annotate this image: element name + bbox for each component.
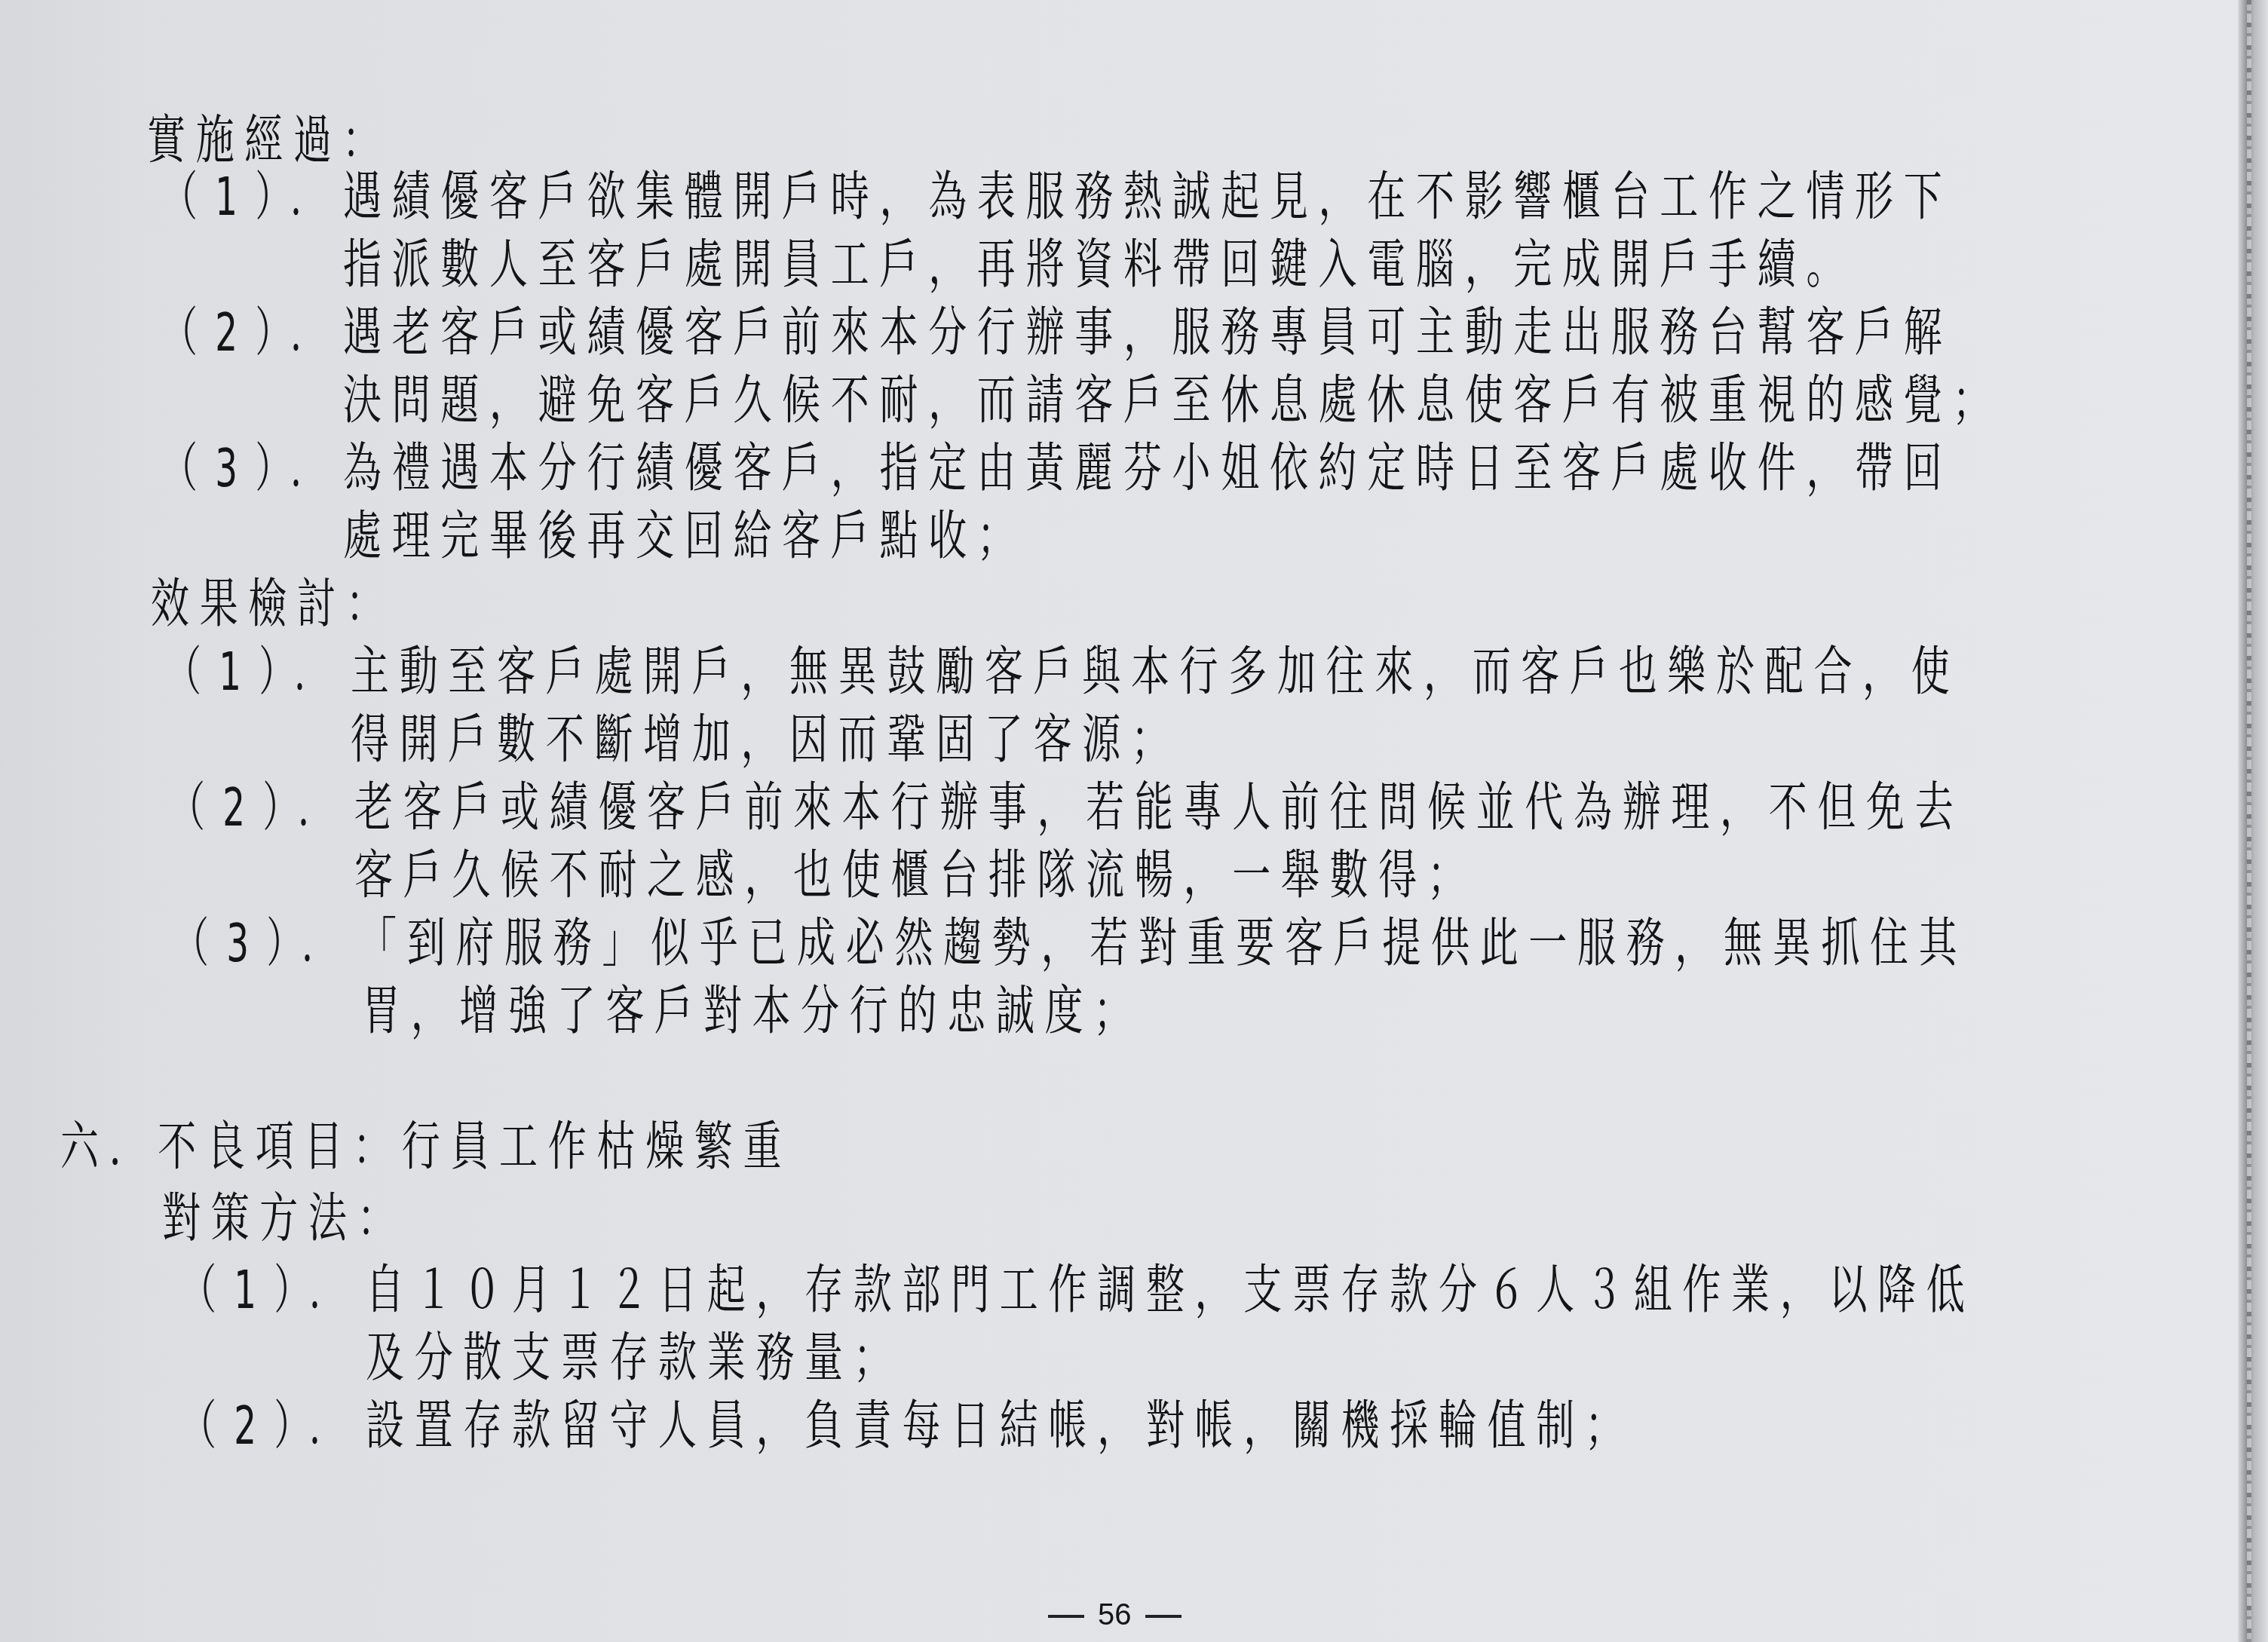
implementation-item-2-line-1: 遇老客戶或績優客戶前來本分行辦事，服務專員可主動走出服務台幫客戶解 (343, 298, 1952, 369)
review-item-1-label: （1）． (166, 637, 347, 709)
implementation-item-1-label: （1）． (162, 162, 343, 234)
review-item-1-line-1: 主動至客戶處開戶，無異鼓勵客戶與本行多加往來，而客戶也樂於配合，使 (351, 637, 1960, 709)
countermeasure-item-2-label: （2）． (181, 1391, 362, 1463)
page-number-value: 56 (1098, 1598, 1132, 1631)
review-item-3-label: （3）． (173, 908, 354, 980)
countermeasure-item-1-label: （1）． (181, 1255, 362, 1327)
countermeasure-heading: 對策方法： (162, 1184, 406, 1255)
review-item-2-label: （2）． (170, 773, 351, 844)
review-item-1-line-2: 得開戶數不斷增加，因而鞏固了客源； (351, 705, 1180, 777)
review-item-3-line-1: 「到府服務」似乎已成必然趨勢，若對重要客戶提供此一服務，無異抓住其 (358, 908, 1967, 980)
review-heading: 效果檢討： (151, 569, 394, 641)
page-number-dash-left (1048, 1615, 1084, 1618)
implementation-item-2-line-2: 決問題，避免客戶久候不耐，而請客戶至休息處休息使客戶有被重視的感覺； (343, 366, 2001, 437)
page-number: 56 (1034, 1598, 1195, 1632)
implementation-item-3-line-1: 為禮遇本分行績優客戶，指定由黃麗芬小姐依約定時日至客戶處收件，帶回 (343, 433, 1952, 505)
implementation-item-3-label: （3）． (162, 433, 343, 505)
page-number-dash-right (1145, 1615, 1182, 1618)
countermeasure-item-1-line-2: 及分散支票存款業務量； (366, 1323, 902, 1395)
implementation-item-2-label: （2）． (162, 298, 343, 369)
section-six-heading: 六．不良項目：行員工作枯燥繁重 (60, 1112, 792, 1184)
implementation-item-1-line-2: 指派數人至客戶處開員工戶，再將資料帶回鍵入電腦，完成開戶手續。 (343, 230, 1855, 302)
review-item-2-line-2: 客戶久候不耐之感，也使櫃台排隊流暢，一舉數得； (354, 841, 1476, 912)
implementation-item-1-line-1: 遇績優客戶欲集體開戶時，為表服務熱誠起見，在不影響櫃台工作之情形下 (343, 162, 1952, 234)
review-item-2-line-1: 老客戶或績優客戶前來本行辦事，若能專人前往問候並代為辦理，不但免去 (354, 773, 1963, 844)
countermeasure-item-1-line-1: 自１０月１２日起，存款部門工作調整，支票存款分６人３組作業，以降低 (366, 1255, 1975, 1327)
review-item-3-line-2: 胃，增強了客戶對本分行的忠誠度； (362, 976, 1142, 1048)
countermeasure-item-2-line-1: 設置存款留守人員，負責每日結帳，對帳，關機採輪值制； (366, 1391, 1634, 1463)
page-binding-edge (2238, 0, 2268, 1642)
implementation-item-3-line-2: 處理完畢後再交回給客戶點收； (343, 501, 1026, 573)
